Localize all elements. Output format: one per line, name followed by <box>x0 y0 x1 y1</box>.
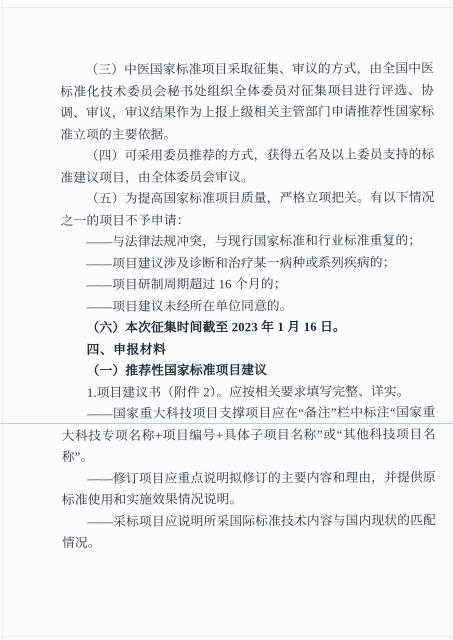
document-paragraph: ——国家重大科技项目支撑项目应在“备注”栏中标注“国家重大科技专项名称+项目编号… <box>62 402 436 468</box>
document-text-block: （三）中医国家标准项目采取征集、审议的方式，由全国中医标准化技术委员会秘书处组织… <box>60 58 436 554</box>
scanned-document-page: （三）中医国家标准项目采取征集、审议的方式，由全国中医标准化技术委员会秘书处组织… <box>0 0 453 640</box>
scan-artifact-line <box>0 423 453 424</box>
document-paragraph: ——项目建议未经所在单位同意的。 <box>61 295 435 318</box>
document-paragraph: （六）本次征集时间截至 2023 年 1 月 16 日。 <box>61 316 435 339</box>
document-paragraph: （四）可采用委员推荐的方式，获得五名及以上委员支持的标准建议项目，由全体委员会审… <box>60 144 434 189</box>
document-paragraph: ——项目建议涉及诊断和治疗某一病种或系列疾病的； <box>61 252 435 275</box>
page-edge-top <box>0 7 453 8</box>
document-paragraph: （五）为提高国家标准项目质量，严格立项把关。有以下情况之一的项目不予申请： <box>61 187 435 232</box>
document-paragraph: （三）中医国家标准项目采取征集、审议的方式，由全国中医标准化技术委员会秘书处组织… <box>60 58 434 146</box>
page-edge-right <box>450 0 451 640</box>
document-paragraph: ——采标项目应说明所采国际标准技术内容与国内现状的匹配情况。 <box>62 510 436 555</box>
page-edge-bottom <box>0 636 453 637</box>
document-paragraph: ——项目研制周期超过 16 个月的； <box>61 273 435 296</box>
document-paragraph: ——修订项目应重点说明拟修订的主要内容和理由，并提供原标准使用和实施效果情况说明… <box>62 467 436 512</box>
document-paragraph: ——与法律法规冲突，与现行国家标准和行业标准重复的； <box>61 230 435 253</box>
document-paragraph: （一）推荐性国家标准项目建议 <box>61 359 435 382</box>
document-paragraph: 四、申报材料 <box>61 338 435 361</box>
page-edge-left <box>2 0 3 640</box>
document-paragraph: 1.项目建议书（附件 2）。应按相关要求填写完整、详实。 <box>61 381 435 404</box>
